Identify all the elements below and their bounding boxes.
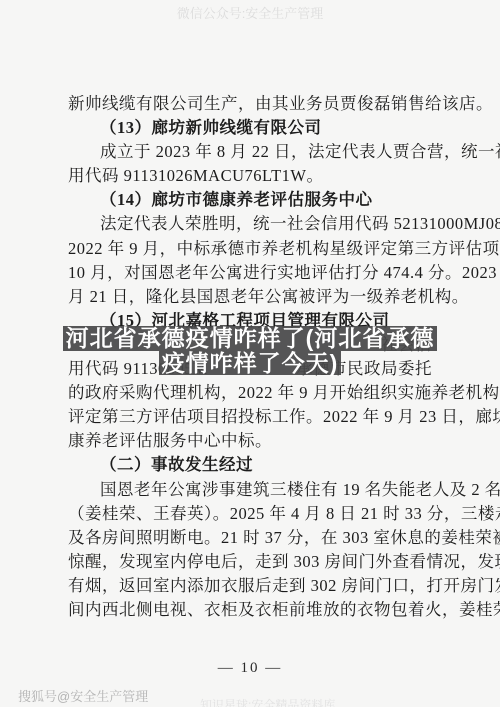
watermark-bottom-left: 搜狐号@安全生产管理 [18,686,148,705]
document-line: 的政府采购代理机构，2022 年 9 月开始组织实施养老机构星级 [68,381,432,405]
overlay-title-line1: 河北省承德疫情咋样了(河北省承德 [63,326,438,351]
document-line: （14）廊坊市德康养老评估服务中心 [68,188,432,212]
document-page: 微信公众号:安全生产管理 新帅线缆有限公司生产，由其业务员贾俊磊销售给该店。（1… [0,0,500,707]
overlay-title-banner: 河北省承德疫情咋样了(河北省承德 疫情咋样了今天) [0,326,500,375]
document-line: （姜桂荣、王春英）。2025 年 4 月 8 日 21 时 33 分，三楼走廊 [68,502,432,526]
document-line: （13）廊坊新帅线缆有限公司 [68,116,432,140]
document-line: 及各房间照明断电。21 时 37 分，在 303 室休息的姜桂荣被异响 [68,526,432,550]
watermark-top: 微信公众号:安全生产管理 [0,3,500,22]
overlay-title-line2: 疫情咋样了今天) [159,351,342,376]
document-line: 法定代表人荣胜明，统一社会信用代码 52131000MJ0816009B。 [68,212,432,236]
document-line: 10 月，对国恩老年公寓进行实地评估打分 474.4 分。2023 年 2 [68,261,432,285]
document-line: 成立于 2023 年 8 月 22 日，法定代表人贾合营，统一社会信 [68,140,432,164]
page-number: — 10 — [0,660,500,677]
document-line: 2022 年 9 月，中标承德市养老机构星级评定第三方评估项目； [68,237,432,261]
document-line: 国恩老年公寓涉事建筑三楼住有 19 名失能老人及 2 名护工 [68,478,432,502]
document-line: 评定第三方评估项目招投标工作。2022 年 9 月 23 日，廊坊市德 [68,405,432,429]
watermark-bottom-center: 知识星球:安全精品资料库 [200,696,335,707]
document-line: 新帅线缆有限公司生产，由其业务员贾俊磊销售给该店。 [68,92,432,116]
document-line: 康养老评估服务中心中标。 [68,429,432,453]
document-line: 惊醒，发现室内停电后，走到 303 房间门外查看情况，发现走廊 [68,550,432,574]
document-line: 间内西北侧电视、衣柜及衣柜前堆放的衣物包着火，姜桂荣立即 [68,598,432,622]
document-line: （二）事故发生经过 [68,453,432,477]
document-line: 有烟，返回室内添加衣服后走到 302 房间门口，打开房门发现房 [68,574,432,598]
document-line: 用代码 91131026MACU76LT1W。 [68,164,432,188]
document-line: 月 21 日，隆化县国恩老年公寓被评为一级养老机构。 [68,285,432,309]
